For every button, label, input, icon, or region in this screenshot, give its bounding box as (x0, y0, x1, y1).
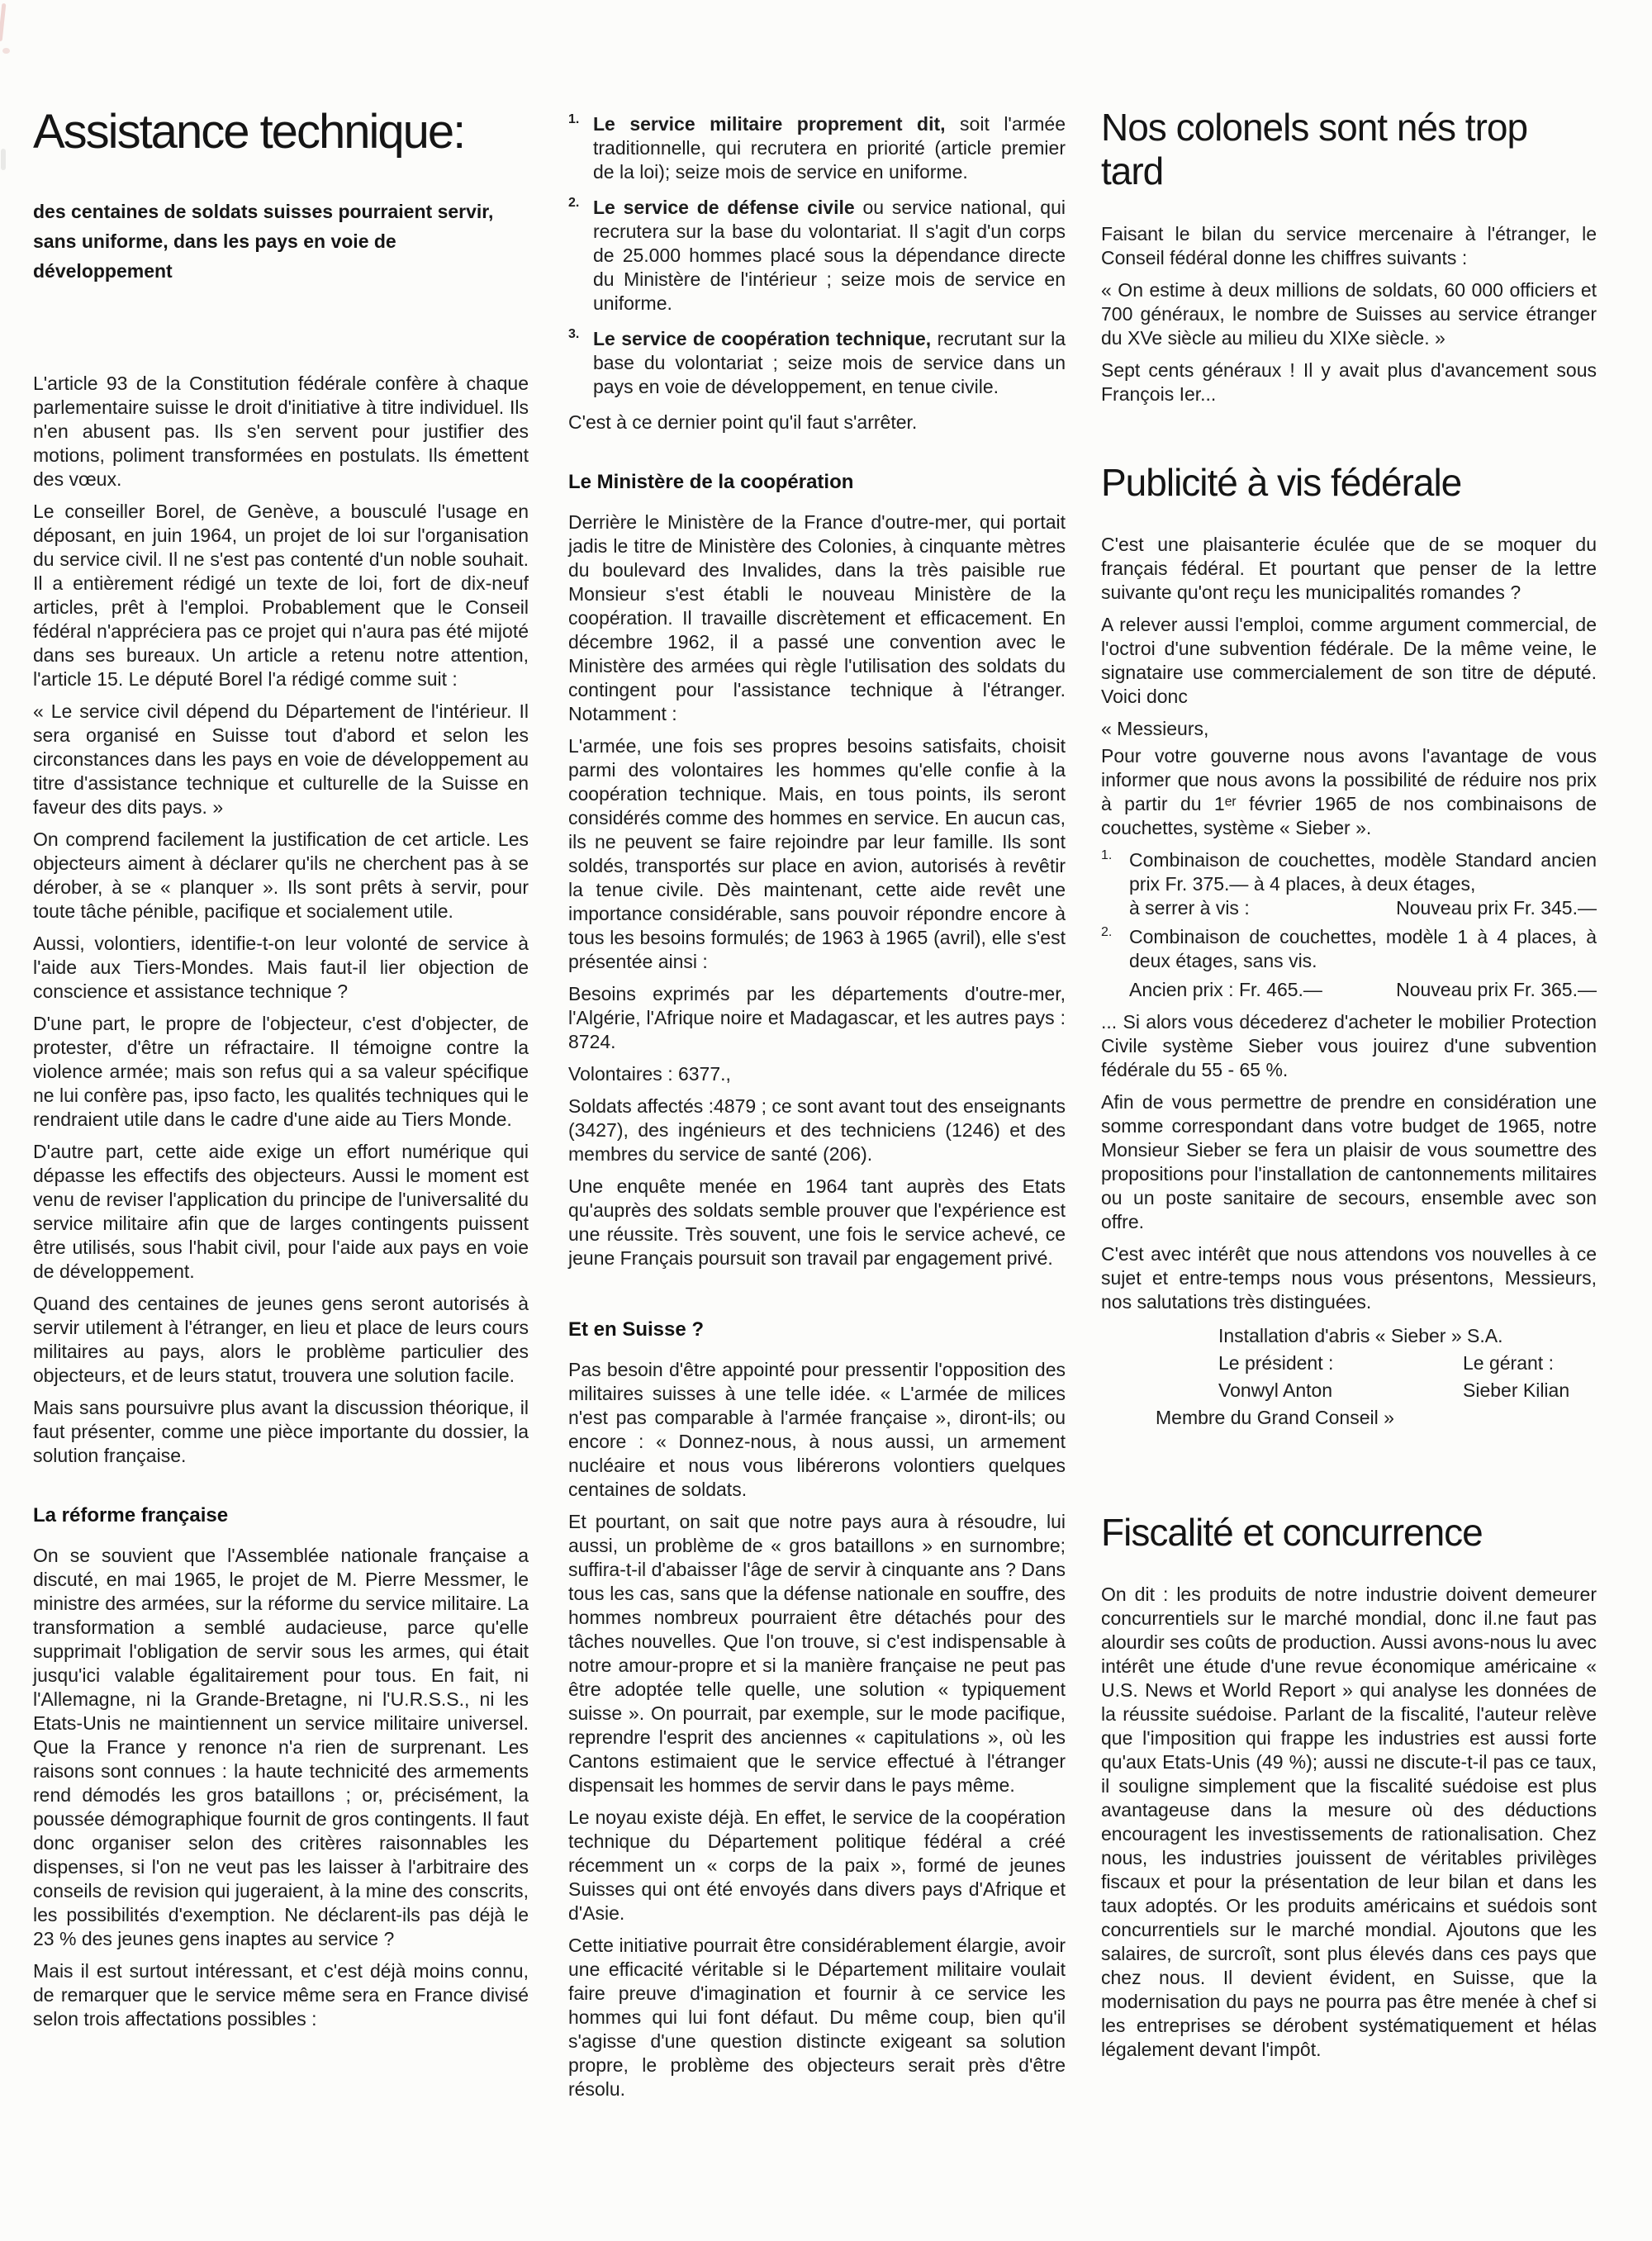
paragraph: Le noyau existe déjà. En effet, le servi… (568, 1806, 1066, 1925)
paragraph: L'article 93 de la Constitution fédérale… (33, 372, 529, 491)
paragraph: Sept cents généraux ! Il y avait plus d'… (1101, 358, 1597, 406)
paragraph: Mais sans poursuivre plus avant la discu… (33, 1396, 529, 1468)
list-item: 3. Le service de coopération technique, … (568, 327, 1066, 399)
paragraph: C'est avec intérêt que nous attendons vo… (1101, 1242, 1597, 1314)
paragraph: On dit : les produits de notre industrie… (1101, 1583, 1597, 2062)
paragraph: Afin de vous permettre de prendre en con… (1101, 1090, 1597, 1234)
signature-closing: Membre du Grand Conseil » (1101, 1404, 1597, 1431)
list-item: 2. Le service de défense civile ou servi… (568, 196, 1066, 316)
signature-block: Installation d'abris « Sieber » S.A. Le … (1101, 1322, 1597, 1431)
list-lead: Le service de coopération technique, (593, 328, 931, 349)
list-number: 1. (568, 112, 579, 127)
standfirst: des centaines de soldats suisses pourrai… (33, 197, 529, 286)
signature-company: Installation d'abris « Sieber » S.A. (1101, 1322, 1597, 1350)
paragraph: Soldats affectés :4879 ; ce sont avant t… (568, 1094, 1066, 1166)
column-middle: 1. Le service militaire proprement dit, … (568, 112, 1066, 2110)
section-subhead-reforme-francaise: La réforme française (33, 1504, 529, 1527)
paragraph: A relever aussi l'emploi, comme argument… (1101, 613, 1597, 709)
paragraph: Aussi, volontiers, identifie-t-on leur v… (33, 932, 529, 1004)
paragraph: Et pourtant, on sait que notre pays aura… (568, 1510, 1066, 1797)
list-text: Le service de coopération technique, rec… (593, 327, 1066, 399)
signature-titles: Le président : Le gérant : (1101, 1350, 1597, 1377)
list-lead: Le service militaire proprement dit, (593, 113, 946, 135)
paragraph: Derrière le Ministère de la France d'out… (568, 510, 1066, 726)
paragraph: « Messieurs, (1101, 717, 1597, 741)
list-item: 2. Combinaison de couchettes, modèle 1 à… (1101, 925, 1597, 973)
section-subhead-ministere: Le Ministère de la coopération (568, 471, 1066, 494)
paragraph: Faisant le bilan du service mercenaire à… (1101, 222, 1597, 270)
paragraph: « On estime à deux millions de soldats, … (1101, 278, 1597, 350)
price-right: Nouveau prix Fr. 345.— (1396, 896, 1597, 920)
list-text: Combinaison de couchettes, modèle Standa… (1129, 848, 1597, 896)
paragraph: Volontaires : 6377., (568, 1062, 1066, 1086)
price-left: Ancien prix : Fr. 465.— (1129, 978, 1322, 1002)
article-title-assistance-technique: Assistance technique: (33, 106, 529, 159)
paragraph: C'est une plaisanterie éculée que de se … (1101, 533, 1597, 605)
signature-names: Vonwyl Anton Sieber Kilian (1101, 1377, 1597, 1404)
paragraph: On se souvient que l'Assemblée nationale… (33, 1544, 529, 1951)
article-title-nos-colonels: Nos colonels sont nés trop tard (1101, 106, 1597, 194)
list-number: 1. (1101, 848, 1112, 863)
president-label: Le président : (1218, 1350, 1463, 1377)
list-text: Combinaison de couchettes, modèle 1 à 4 … (1129, 925, 1597, 973)
list-lead: Le service de défense civile (593, 197, 855, 218)
price-row: Ancien prix : Fr. 465.— Nouveau prix Fr.… (1101, 978, 1597, 1002)
list-number: 3. (568, 327, 579, 342)
article-title-fiscalite: Fiscalité et concurrence (1101, 1511, 1597, 1555)
list-text: Le service militaire proprement dit, soi… (593, 112, 1066, 184)
paragraph: L'armée, une fois ses propres besoins sa… (568, 734, 1066, 974)
gerant-name: Sieber Kilian (1463, 1377, 1569, 1404)
paragraph: On comprend facilement la justification … (33, 828, 529, 923)
column-left: Assistance technique: des centaines de s… (33, 106, 529, 2039)
list-item: 1. Le service militaire proprement dit, … (568, 112, 1066, 184)
list-number: 2. (1101, 925, 1112, 940)
paragraph: Le conseiller Borel, de Genève, a bouscu… (33, 500, 529, 691)
price-row: à serrer à vis : Nouveau prix Fr. 345.— (1129, 896, 1597, 920)
paragraph: Quand des centaines de jeunes gens seron… (33, 1292, 529, 1388)
list-number: 2. (568, 196, 579, 211)
paragraph: « Le service civil dépend du Département… (33, 700, 529, 819)
president-name: Vonwyl Anton (1218, 1377, 1463, 1404)
newspaper-page: Assistance technique: des centaines de s… (0, 0, 1652, 2241)
paragraph: Cette initiative pourrait être considéra… (568, 1934, 1066, 2101)
paragraph: D'autre part, cette aide exige un effort… (33, 1140, 529, 1284)
paragraph: Mais il est surtout intéressant, et c'es… (33, 1959, 529, 2031)
grey-scan-mark (1, 149, 6, 170)
paragraph: ... Si alors vous décederez d'acheter le… (1101, 1010, 1597, 1082)
red-scan-mark (0, 3, 6, 41)
paragraph: Pour votre gouverne nous avons l'avantag… (1101, 744, 1597, 840)
column-right: Nos colonels sont nés trop tard Faisant … (1101, 106, 1597, 2070)
article-title-publicite: Publicité à vis fédérale (1101, 461, 1597, 505)
paragraph: D'une part, le propre de l'objecteur, c'… (33, 1012, 529, 1132)
paragraph: Une enquête menée en 1964 tant auprès de… (568, 1175, 1066, 1270)
list-text: Le service de défense civile ou service … (593, 196, 1066, 316)
paragraph: Besoins exprimés par les départements d'… (568, 982, 1066, 1054)
section-subhead-et-en-suisse: Et en Suisse ? (568, 1318, 1066, 1341)
paragraph: Pas besoin d'être appointé pour pressent… (568, 1358, 1066, 1502)
red-scan-dot (2, 48, 10, 54)
paragraph: C'est à ce dernier point qu'il faut s'ar… (568, 411, 1066, 434)
list-item: 1. Combinaison de couchettes, modèle Sta… (1101, 848, 1597, 920)
price-left: à serrer à vis : (1129, 896, 1250, 920)
price-right: Nouveau prix Fr. 365.— (1396, 978, 1597, 1002)
gerant-label: Le gérant : (1463, 1350, 1554, 1377)
